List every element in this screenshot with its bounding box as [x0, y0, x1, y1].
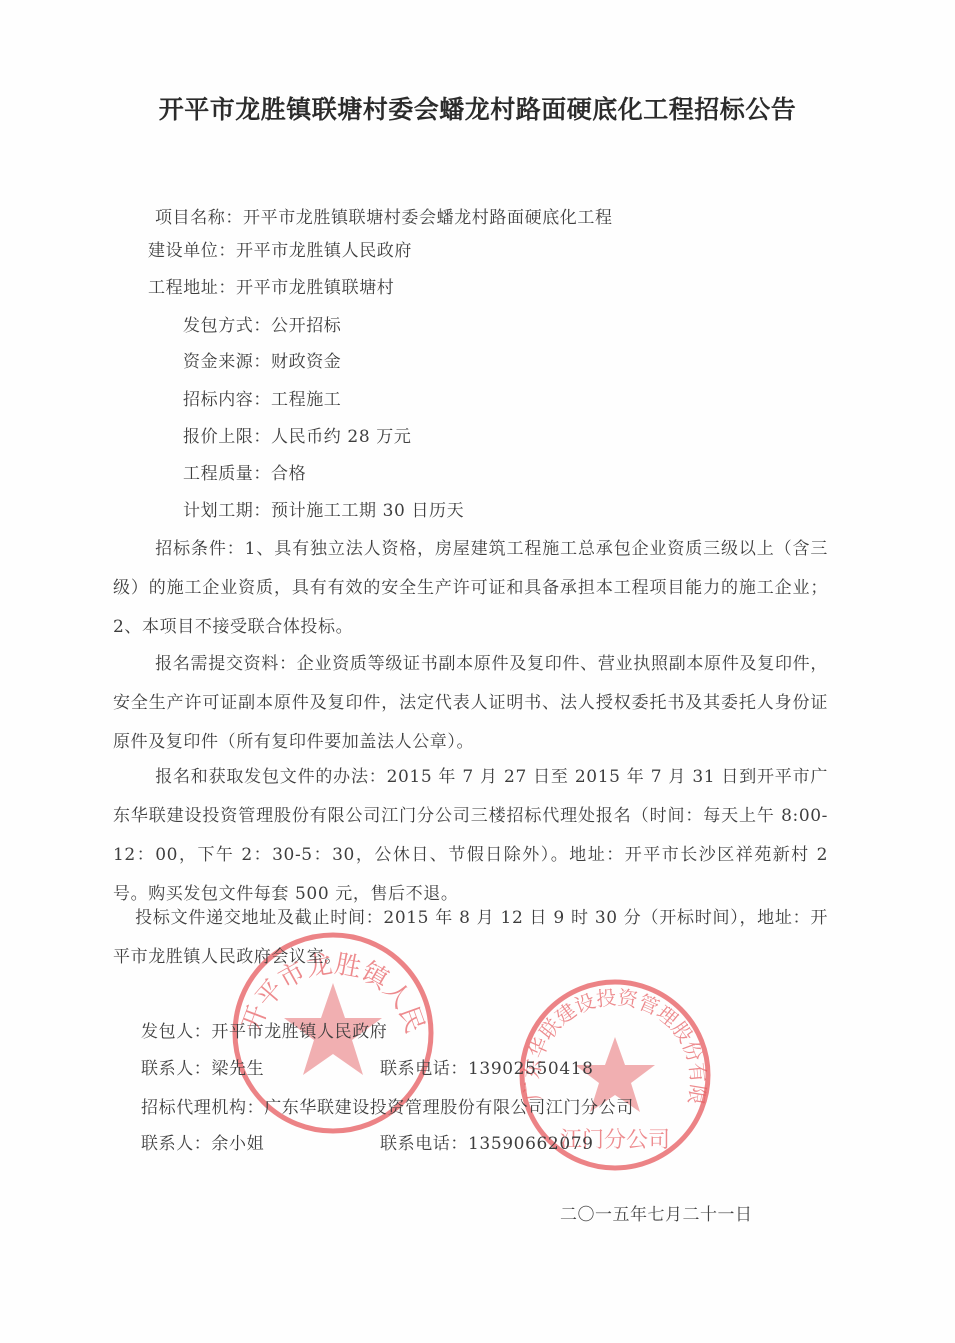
- field-value: 开平市龙胜镇联塘村委会蟠龙村路面硬底化工程: [243, 208, 613, 228]
- field-project-name: 项目名称：开平市龙胜镇联塘村委会蟠龙村路面硬底化工程: [155, 203, 613, 228]
- field-value: 人民币约 28 万元: [271, 427, 411, 447]
- field-value: 开平市龙胜镇联塘村: [236, 278, 394, 298]
- paragraph-registration-materials: 报名需提交资料：企业资质等级证书副本原件及复印件、营业执照副本原件及复印件，安全…: [113, 645, 828, 762]
- paragraph-registration-method: 报名和获取发包文件的办法：2015 年 7 月 27 日至 2015 年 7 月…: [113, 758, 828, 914]
- issuer-contact-name: 梁先生: [211, 1059, 264, 1079]
- field-value: 财政资金: [271, 352, 341, 372]
- field-project-address: 工程地址：开平市龙胜镇联塘村: [148, 273, 394, 298]
- field-label: 招标内容：: [183, 390, 271, 410]
- field-construction-unit: 建设单位：开平市龙胜镇人民政府: [148, 236, 412, 261]
- field-label: 报价上限：: [183, 427, 271, 447]
- agency-contact-name: 余小姐: [211, 1134, 264, 1154]
- agency-name: 广东华联建设投资管理股份有限公司江门分公司: [264, 1098, 634, 1118]
- field-value: 合格: [271, 464, 306, 484]
- field-quality: 工程质量：合格: [183, 459, 306, 484]
- agency-phone: 13590662079: [468, 1134, 594, 1154]
- field-value: 公开招标: [271, 316, 341, 336]
- field-label: 工程质量：: [183, 464, 271, 484]
- field-label: 资金来源：: [183, 352, 271, 372]
- field-value: 预计施工工期 30 日历天: [271, 501, 464, 521]
- issuer-phone: 13902550418: [468, 1059, 594, 1079]
- field-contract-method: 发包方式：公开招标: [183, 311, 341, 336]
- agency-contact-row: 联系人：余小姐: [141, 1129, 264, 1154]
- field-bid-content: 招标内容：工程施工: [183, 385, 341, 410]
- agency-phone-row: 联系电话：13590662079: [380, 1129, 594, 1154]
- issuer-contact-row: 联系人：梁先生: [141, 1054, 264, 1079]
- paragraph-bid-conditions: 招标条件：1、具有独立法人资格，房屋建筑工程施工总承包企业资质三级以上（含三级）…: [113, 530, 828, 647]
- issuer-phone-row: 联系电话：13902550418: [380, 1054, 594, 1079]
- field-price-cap: 报价上限：人民币约 28 万元: [183, 422, 411, 447]
- document-date: 二〇一五年七月二十一日: [560, 1200, 753, 1225]
- field-schedule: 计划工期：预计施工工期 30 日历天: [183, 496, 464, 521]
- paragraph-submission-deadline: 投标文件递交地址及截止时间：2015 年 8 月 12 日 9 时 30 分（开…: [113, 899, 828, 977]
- issuer-name: 开平市龙胜镇人民政府: [211, 1022, 387, 1042]
- agency-row: 招标代理机构：广东华联建设投资管理股份有限公司江门分公司: [141, 1093, 634, 1118]
- field-label: 计划工期：: [183, 501, 271, 521]
- issuer-row: 发包人：开平市龙胜镇人民政府: [141, 1017, 387, 1042]
- document-title: 开平市龙胜镇联塘村委会蟠龙村路面硬底化工程招标公告: [0, 90, 955, 126]
- field-label: 建设单位：: [148, 241, 236, 261]
- field-funding-source: 资金来源：财政资金: [183, 347, 341, 372]
- field-label: 项目名称：: [155, 208, 243, 228]
- document-page: 开平市龙胜镇人民政府 广东华联建设投资管理股份有限公司 江门分公司 开平市龙胜镇…: [0, 0, 955, 1343]
- field-label: 发包方式：: [183, 316, 271, 336]
- field-value: 开平市龙胜镇人民政府: [236, 241, 412, 261]
- field-label: 工程地址：: [148, 278, 236, 298]
- field-value: 工程施工: [271, 390, 341, 410]
